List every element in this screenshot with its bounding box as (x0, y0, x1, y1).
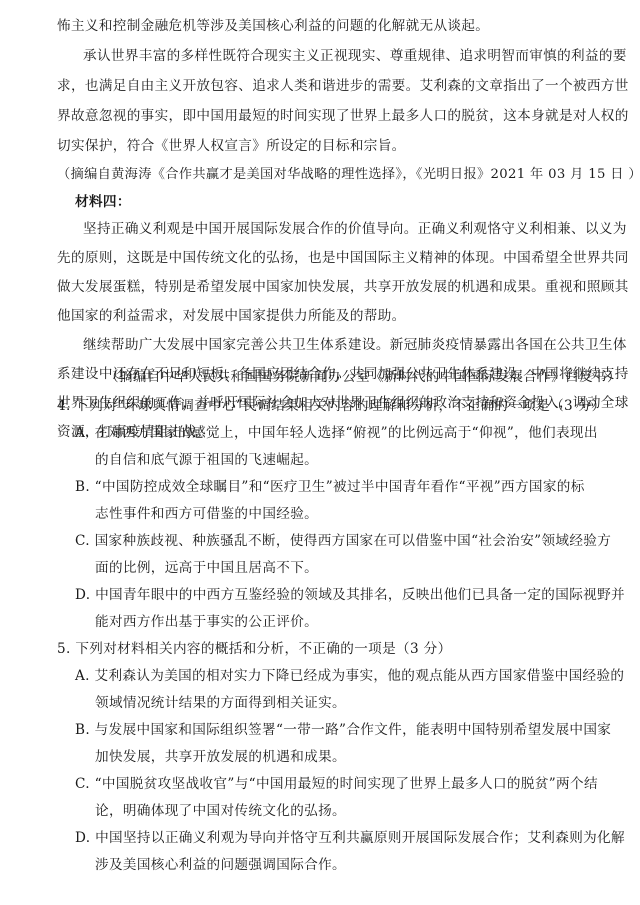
option-c-cont: 论，明确体现了中国对传统文化的弘扬。 (95, 802, 346, 820)
body-text-line: 先的原则，这既是中国传统文化的弘扬，也是中国国际主义精神的体现。中国希望全世界共… (57, 249, 629, 267)
source-citation: （摘编自黄海涛《合作共赢才是美国对华战略的理性选择》，《光明日报》2021 年 … (57, 166, 640, 184)
body-text-line: 他国家的利益需求，对发展中国家提供力所能及的帮助。 (57, 307, 406, 325)
option-c: C. “中国脱贫攻坚战收官”与“中国用最短的时间实现了世界上最多人口的脱贫”两个… (75, 775, 598, 793)
option-a-cont: 的自信和底气源于祖国的飞速崛起。 (95, 451, 318, 469)
option-b-cont: 加快发展，共享开放发展的机遇和成果。 (95, 748, 346, 766)
option-a: A. 艾利森认为美国的相对实力下降已经成为事实，他的观点能从西方国家借鉴中国经验… (75, 667, 624, 685)
option-d: D. 中国青年眼中的中西方互鉴经验的领域及其排名，反映出他们已具备一定的国际视野… (75, 586, 625, 604)
option-d-cont: 涉及美国核心利益的问题强调国际合作。 (95, 856, 346, 874)
option-b: B. 与发展中国家和国际组织签署“一带一路”合作文件，能表明中国特别希望发展中国… (75, 721, 611, 739)
option-b-cont: 志性事件和西方可借鉴的中国经验。 (95, 505, 318, 523)
body-text-line: 承认世界丰富的多样性既符合现实主义正视现实、尊重规律、追求明智而审慎的利益的要 (83, 47, 627, 65)
option-d: D. 中国坚持以正确义利观为导向并恪守互利共赢原则开展国际发展合作；艾利森则为化… (75, 829, 625, 847)
option-a-cont: 领域情况统计结果的方面得到相关证实。 (95, 694, 346, 712)
question-stem: 4. 下列对“环球舆情调查中心”民调结果相关内容的理解和分析，不正确的一项是（3… (57, 397, 606, 415)
body-text-line: 求，也满足自由主义开放包容、追求人类和谐进步的需要。艾利森的文章指出了一个被西方… (57, 77, 629, 95)
body-text-line: 怖主义和控制金融危机等涉及美国核心利益的问题的化解就无从谈起。 (57, 17, 489, 35)
body-text-line: 做大发展蛋糕，特别是希望发展中国家加快发展，共享开放发展的机遇和成果。重视和照顾… (57, 278, 629, 296)
option-a: A. 在对西方国家的感觉上，中国年轻人选择“俯视”的比例远高于“仰视”，他们表现… (75, 424, 598, 442)
body-text-line: 坚持正确义利观是中国开展国际发展合作的价值导向。正确义利观恪守义利相兼、以义为 (83, 220, 627, 238)
exam-page: 怖主义和控制金融危机等涉及美国核心利益的问题的化解就无从谈起。 承认世界丰富的多… (0, 0, 640, 905)
option-d-cont: 能对西方作出基于事实的公正评价。 (95, 613, 318, 631)
option-c: C. 国家种族歧视、种族骚乱不断，使得西方国家在可以借鉴中国“社会治安”领域经验… (75, 532, 611, 550)
body-text-line: 切实保护，符合《世界人权宣言》所设定的目标和宗旨。 (57, 137, 406, 155)
question-stem: 5. 下列对材料相关内容的概括和分析，不正确的一项是（3 分） (57, 640, 452, 658)
option-c-cont: 面的比例，远高于中国且居高不下。 (95, 559, 318, 577)
body-text-line: 继续帮助广大发展中国家完善公共卫生体系建设。新冠肺炎疫情暴露出各国在公共卫生体 (83, 336, 627, 354)
source-citation: （摘编自中华人民共和国国务院新闻办公室《新时代的中国国际发展合作》白皮书） (105, 368, 621, 386)
body-text-line: 界故意忽视的事实，即中国用最短的时间实现了世界上最多人口的脱贫，这本身就是对人权… (57, 107, 629, 125)
material-heading: 材料四： (75, 193, 131, 211)
option-b: B. “中国防控成效全球瞩目”和“医疗卫生”被过半中国青年看作“平视”西方国家的… (75, 478, 585, 496)
